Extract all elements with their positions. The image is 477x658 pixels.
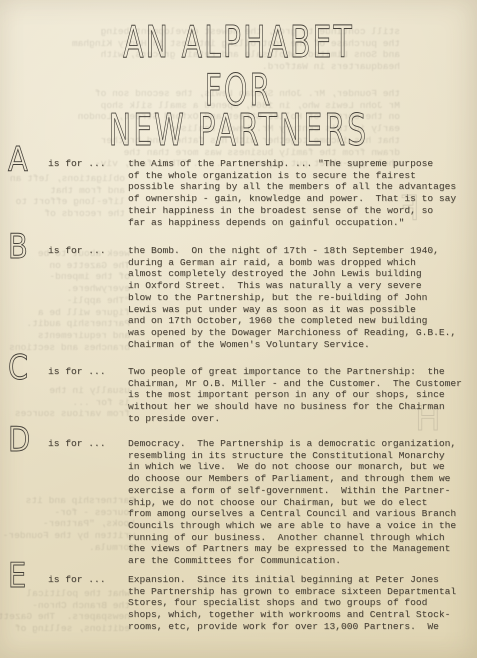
entry-a: A is for ... the Aims of the Partnership… [8,150,469,228]
entry-body: the Bomb. On the night of 17th - 18th Se… [128,237,469,350]
entry-body: Democracy. The Partnership is a democrat… [128,430,469,567]
entry-c: C is for ... Two people of great importa… [8,358,469,425]
entry-letter: D [8,423,42,457]
entry-label: is for ... [48,566,128,586]
entry-label: is for ... [48,430,128,450]
title-line: NEW PARTNERS [76,109,400,153]
document-page: still continue to grow, the newest devel… [0,0,477,658]
entry-b: B is for ... the Bomb. On the night of 1… [8,237,469,350]
title-line: AN ALPHABET [76,21,400,65]
entry-body: Expansion. Since its initial beginning a… [128,566,469,633]
entry-letter: C [8,351,42,385]
entry-label: is for ... [48,150,128,170]
entry-body: Two people of great importance to the Pa… [128,358,469,425]
entry-label: is for ... [48,237,128,257]
entry-letter: B [8,230,42,264]
entry-letter: A [8,143,42,177]
entry-label: is for ... [48,358,128,378]
entry-d: D is for ... Democracy. The Partnership … [8,430,469,567]
entry-e: E is for ... Expansion. Since its initia… [8,566,469,633]
entry-letter: E [8,559,42,593]
entry-body: the Aims of the Partnership. ... "The su… [128,150,469,228]
